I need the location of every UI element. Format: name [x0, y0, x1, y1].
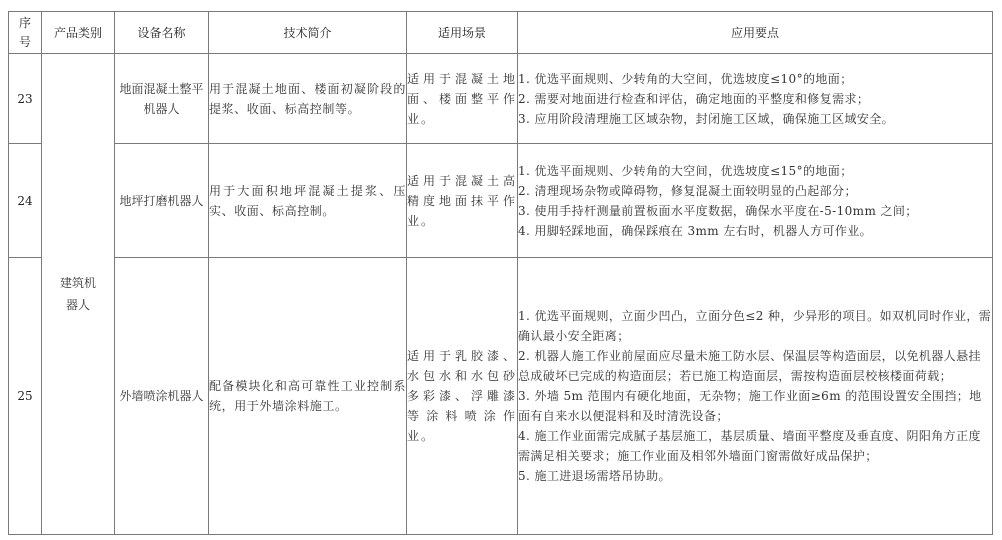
device-name: 地面混凝土整平机器人: [115, 54, 209, 144]
table-header-row: 序号 产品类别 设备名称 技术简介 适用场景 应用要点: [9, 12, 993, 54]
table-row: 23 建筑机器人 地面混凝土整平机器人 用于混凝土地面、楼面初凝阶段的提浆、收面…: [9, 54, 993, 144]
point-item: 3. 应用阶段清理施工区域杂物，封闭施工区域，确保施工区域安全。: [518, 109, 992, 129]
point-item: 4. 施工作业面需完成腻子基层施工，基层质量、墙面平整度及垂直度、阴阳角方正度需…: [518, 426, 992, 466]
header-category: 产品类别: [42, 12, 115, 54]
table-row: 25 外墙喷涂机器人 配备模块化和高可靠性工业控制系统，用于外墙涂料施工。 适用…: [9, 258, 993, 535]
robot-spec-table: 序号 产品类别 设备名称 技术简介 适用场景 应用要点 23 建筑机器人 地面混…: [8, 11, 993, 535]
header-scene: 适用场景: [407, 12, 518, 54]
point-item: 4. 用脚轻踩地面，确保踩痕在 3mm 左右时，机器人方可作业。: [518, 221, 992, 241]
header-seq: 序号: [9, 12, 42, 54]
point-item: 2. 清理现场杂物或障碍物，修复混凝土面较明显的凸起部分；: [518, 181, 992, 201]
device-name: 地坪打磨机器人: [115, 144, 209, 258]
device-name: 外墙喷涂机器人: [115, 258, 209, 535]
row-seq: 25: [9, 258, 42, 535]
point-item: 5. 施工进退场需塔吊协助。: [518, 466, 992, 486]
applicable-scene: 适用于乳胶漆、水包水和水包砂多彩漆、浮雕漆等涂料喷涂作业。: [407, 258, 518, 535]
tech-intro: 配备模块化和高可靠性工业控制系统，用于外墙涂料施工。: [209, 258, 407, 535]
point-item: 2. 需要对地面进行检查和评估，确定地面的平整度和修复需求；: [518, 89, 992, 109]
category-label: 建筑机器人: [42, 272, 114, 316]
point-item: 1. 优选平面规则，立面少凹凸，立面分色≤2 种，少异形的项目。如双机同时作业，…: [518, 306, 992, 346]
row-seq: 24: [9, 144, 42, 258]
application-points: 1. 优选平面规则、少转角的大空间，优选坡度≤10°的地面； 2. 需要对地面进…: [518, 54, 993, 144]
header-device: 设备名称: [115, 12, 209, 54]
category-cell: 建筑机器人: [42, 54, 115, 535]
applicable-scene: 适用于混凝土地面、楼面整平作业。: [407, 54, 518, 144]
point-item: 2. 机器人施工作业前屋面应尽量未施工防水层、保温层等构造面层，以免机器人悬挂总…: [518, 346, 992, 386]
tech-intro: 用于混凝土地面、楼面初凝阶段的提浆、收面、标高控制等。: [209, 54, 407, 144]
application-points: 1. 优选平面规则，立面少凹凸，立面分色≤2 种，少异形的项目。如双机同时作业，…: [518, 258, 993, 535]
point-item: 3. 外墙 5m 范围内有硬化地面，无杂物；施工作业面≥6m 的范围设置安全围挡…: [518, 386, 992, 426]
point-item: 3. 使用手持杆测量前置板面水平度数据，确保水平度在-5-10mm 之间；: [518, 201, 992, 221]
row-seq: 23: [9, 54, 42, 144]
header-intro: 技术简介: [209, 12, 407, 54]
table-row: 24 地坪打磨机器人 用于大面积地坪混凝土提浆、压实、收面、标高控制。 适用于混…: [9, 144, 993, 258]
header-points: 应用要点: [518, 12, 993, 54]
application-points: 1. 优选平面规则、少转角的大空间，优选坡度≤15°的地面； 2. 清理现场杂物…: [518, 144, 993, 258]
tech-intro: 用于大面积地坪混凝土提浆、压实、收面、标高控制。: [209, 144, 407, 258]
point-item: 1. 优选平面规则、少转角的大空间，优选坡度≤10°的地面；: [518, 69, 992, 89]
point-item: 1. 优选平面规则、少转角的大空间，优选坡度≤15°的地面；: [518, 161, 992, 181]
applicable-scene: 适用于混凝土高精度地面抹平作业。: [407, 144, 518, 258]
